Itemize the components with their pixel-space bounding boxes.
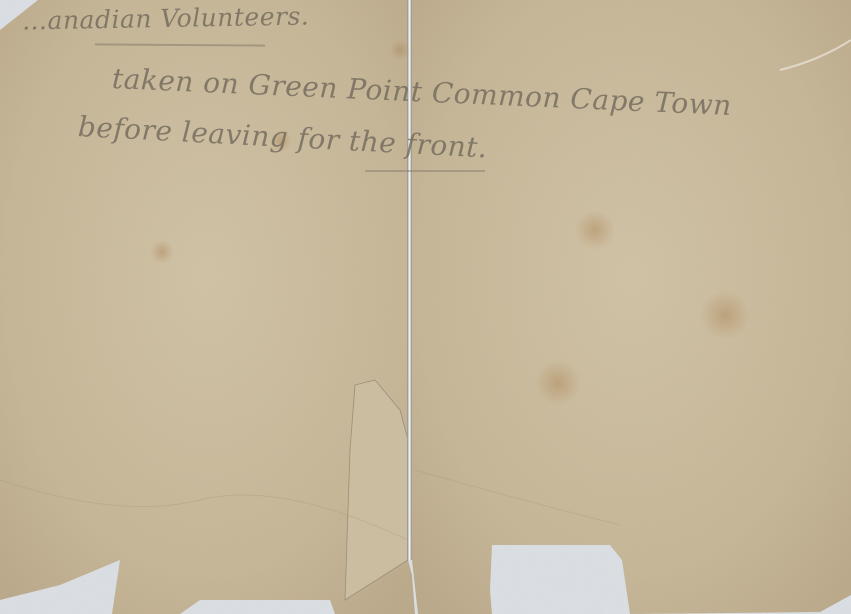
- foxing-stain: [150, 240, 174, 264]
- document-sheet: …anadian Volunteers. taken on Green Poin…: [0, 0, 851, 614]
- foxing-stain: [535, 360, 581, 406]
- foxing-stain: [575, 210, 615, 250]
- handwriting-line-1: …anadian Volunteers.: [22, 1, 310, 35]
- underline: [365, 170, 485, 172]
- foxing-stain: [390, 40, 410, 60]
- foxing-stain: [700, 290, 750, 340]
